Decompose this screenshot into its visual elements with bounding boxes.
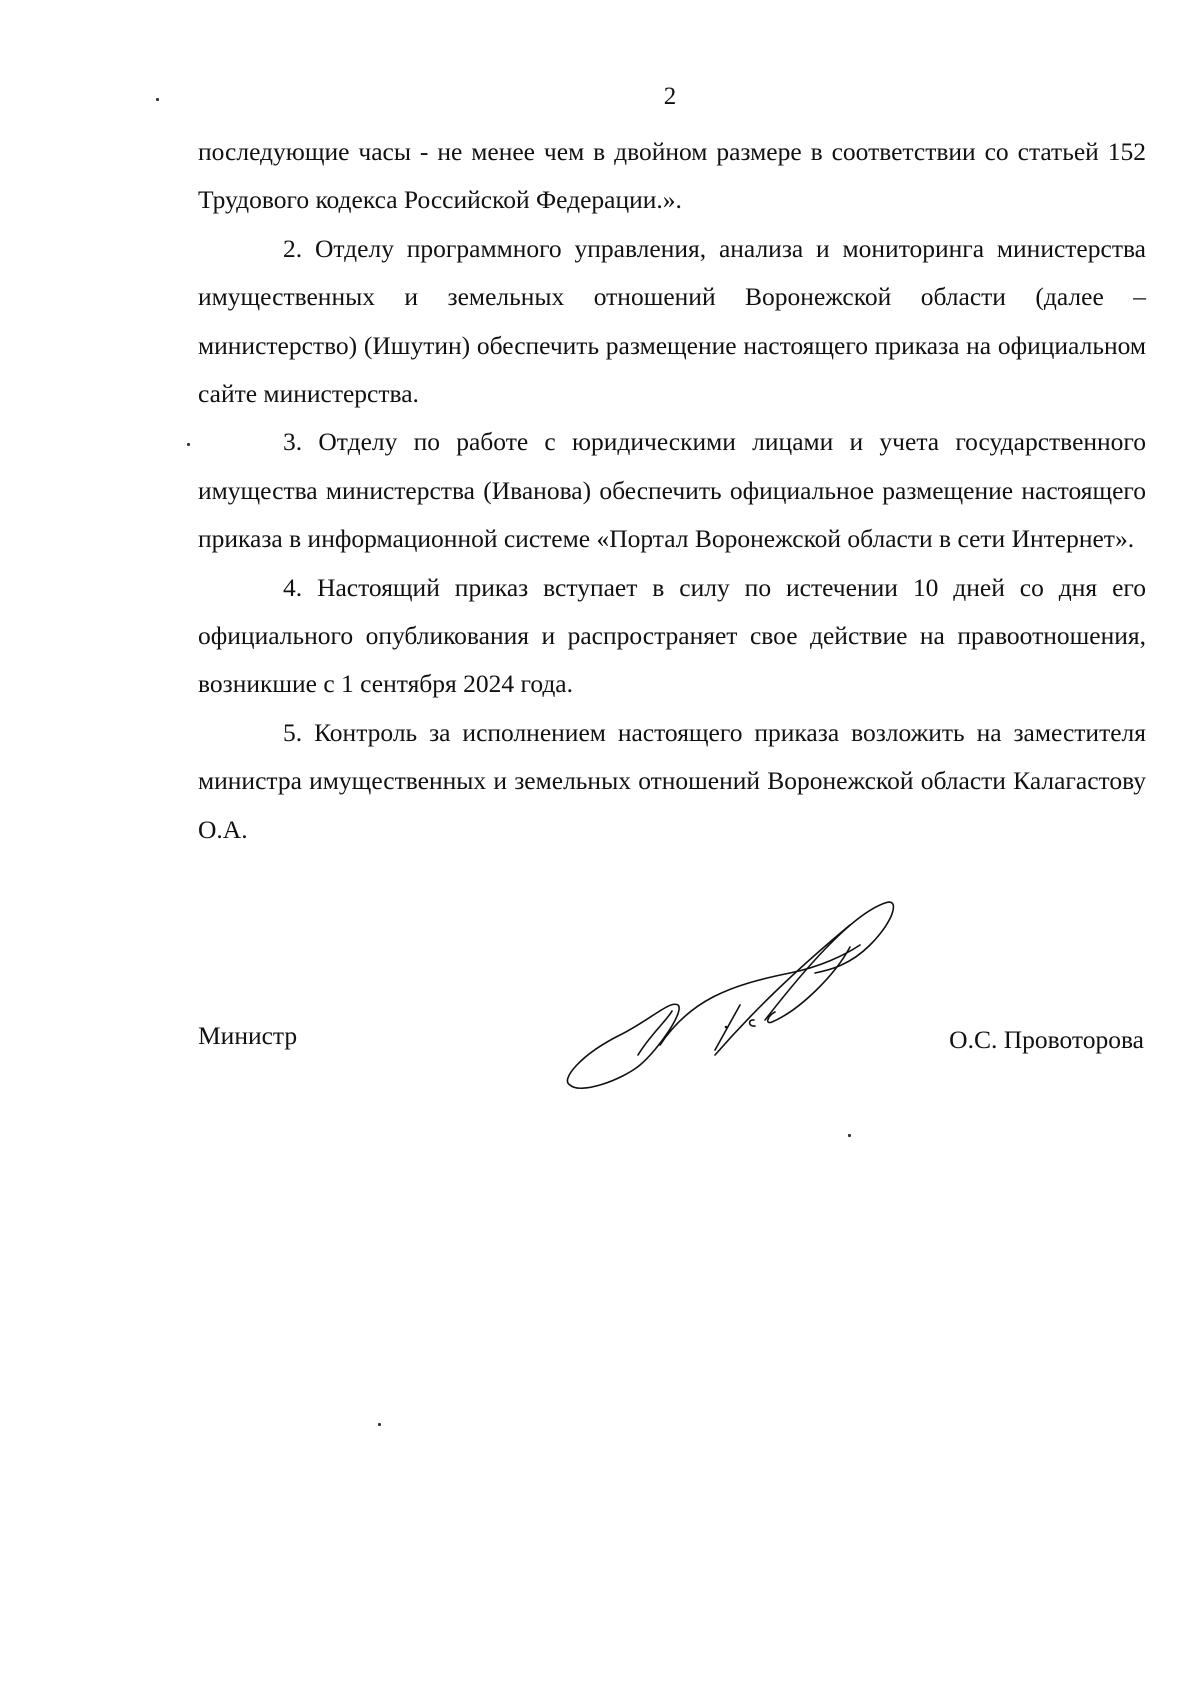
- signatory-title: Министр: [198, 1018, 297, 1054]
- signatory-name: О.С. Провоторова: [949, 1022, 1144, 1058]
- paragraph-item-5: 5. Контроль за исполнением настоящего пр…: [198, 709, 1146, 854]
- paragraph-item-3: 3. Отделу по работе с юридическими лицам…: [198, 418, 1146, 563]
- document-body: последующие часы - не менее чем в двойно…: [198, 128, 1146, 854]
- handwritten-signature-icon: [560, 885, 900, 1095]
- page-number: 2: [0, 82, 1200, 112]
- paragraph-item-2: 2. Отделу программного управления, анали…: [198, 225, 1146, 419]
- document-page: 2 последующие часы - не менее чем в двой…: [0, 0, 1200, 1700]
- scan-artifact: [156, 98, 159, 101]
- scan-artifact: [187, 443, 190, 446]
- paragraph-continuation: последующие часы - не менее чем в двойно…: [198, 128, 1146, 225]
- scan-artifact: [848, 1134, 851, 1137]
- paragraph-item-4: 4. Настоящий приказ вступает в силу по и…: [198, 564, 1146, 709]
- scan-artifact: [378, 1423, 381, 1426]
- signature-block: Министр О.С. Провоторова: [0, 1018, 1200, 1058]
